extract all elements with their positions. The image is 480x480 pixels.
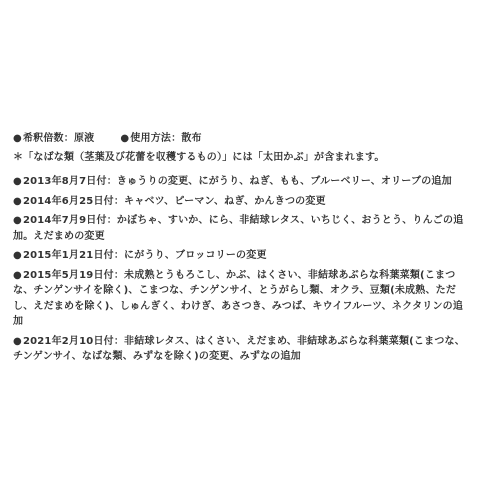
entry-date: 2014年6月25日付 <box>23 196 114 207</box>
changelog-entry: ●2015年5月19日付：未成熟とうもろこし、かぶ、はくさい、非結球あぶらな科葉… <box>13 268 469 330</box>
changelog-entry: ●2014年7月9日付：かぼちゃ、すいか、にら、非結球レタス、いちじく、おうとう… <box>13 213 469 244</box>
entry-date: 2014年7月9日付 <box>23 215 107 226</box>
colon-separator: ： <box>114 196 124 207</box>
application-method-value: 散布 <box>181 133 201 144</box>
colon-separator: ： <box>114 270 124 281</box>
colon-separator: ： <box>171 133 181 144</box>
asterisk-mark: ＊ <box>13 152 23 163</box>
entry-text: キャベツ、ピーマン、ねぎ、かんきつの変更 <box>124 196 326 207</box>
bullet-icon: ● <box>13 250 22 261</box>
application-method-label: 使用方法 <box>130 133 171 144</box>
dilution-label: 希釈倍数 <box>23 133 64 144</box>
changelog-entry: ●2013年8月7日付：きゅうりの変更、にがうり、ねぎ、もも、ブルーベリー、オリ… <box>13 174 469 190</box>
changelog-entry: ●2021年2月10日付：非結球レタス、はくさい、えだまめ、非結球あぶらな科葉菜… <box>13 334 469 365</box>
entry-date: 2015年1月21日付 <box>23 250 114 261</box>
bullet-icon: ● <box>13 215 22 226</box>
dilution-info: ●希釈倍数：原液 <box>13 133 94 144</box>
changelog-entry: ●2015年1月21日付：にがうり、ブロッコリーの変更 <box>13 248 469 264</box>
bullet-icon: ● <box>13 176 22 187</box>
product-usage-description: ●希釈倍数：原液●使用方法：散布 ＊「なばな類（茎葉及び花蕾を収穫するもの）」に… <box>13 131 469 365</box>
note-line: ＊「なばな類（茎葉及び花蕾を収穫するもの）」には「太田かぶ」が含まれます。 <box>13 150 469 166</box>
bullet-icon: ● <box>13 133 22 144</box>
colon-separator: ： <box>114 250 124 261</box>
bullet-icon: ● <box>120 133 129 144</box>
application-method-info: ●使用方法：散布 <box>120 133 201 144</box>
colon-separator: ： <box>107 176 117 187</box>
usage-info-row: ●希釈倍数：原液●使用方法：散布 <box>13 131 469 147</box>
colon-separator: ： <box>114 336 124 347</box>
entry-date: 2021年2月10日付 <box>23 336 114 347</box>
entry-date: 2013年8月7日付 <box>23 176 107 187</box>
bullet-icon: ● <box>13 270 22 281</box>
colon-separator: ： <box>107 215 117 226</box>
entry-text: にがうり、ブロッコリーの変更 <box>124 250 267 261</box>
entry-date: 2015年5月19日付 <box>23 270 114 281</box>
changelog-list: ●2013年8月7日付：きゅうりの変更、にがうり、ねぎ、もも、ブルーベリー、オリ… <box>13 174 469 365</box>
dilution-value: 原液 <box>74 133 94 144</box>
changelog-entry: ●2014年6月25日付：キャベツ、ピーマン、ねぎ、かんきつの変更 <box>13 194 469 210</box>
note-text: 「なばな類（茎葉及び花蕾を収穫するもの）」には「太田かぶ」が含まれます。 <box>23 152 384 163</box>
bullet-icon: ● <box>13 336 22 347</box>
bullet-icon: ● <box>13 196 22 207</box>
entry-text: きゅうりの変更、にがうり、ねぎ、もも、ブルーベリー、オリーブの追加 <box>117 176 452 187</box>
colon-separator: ： <box>64 133 74 144</box>
